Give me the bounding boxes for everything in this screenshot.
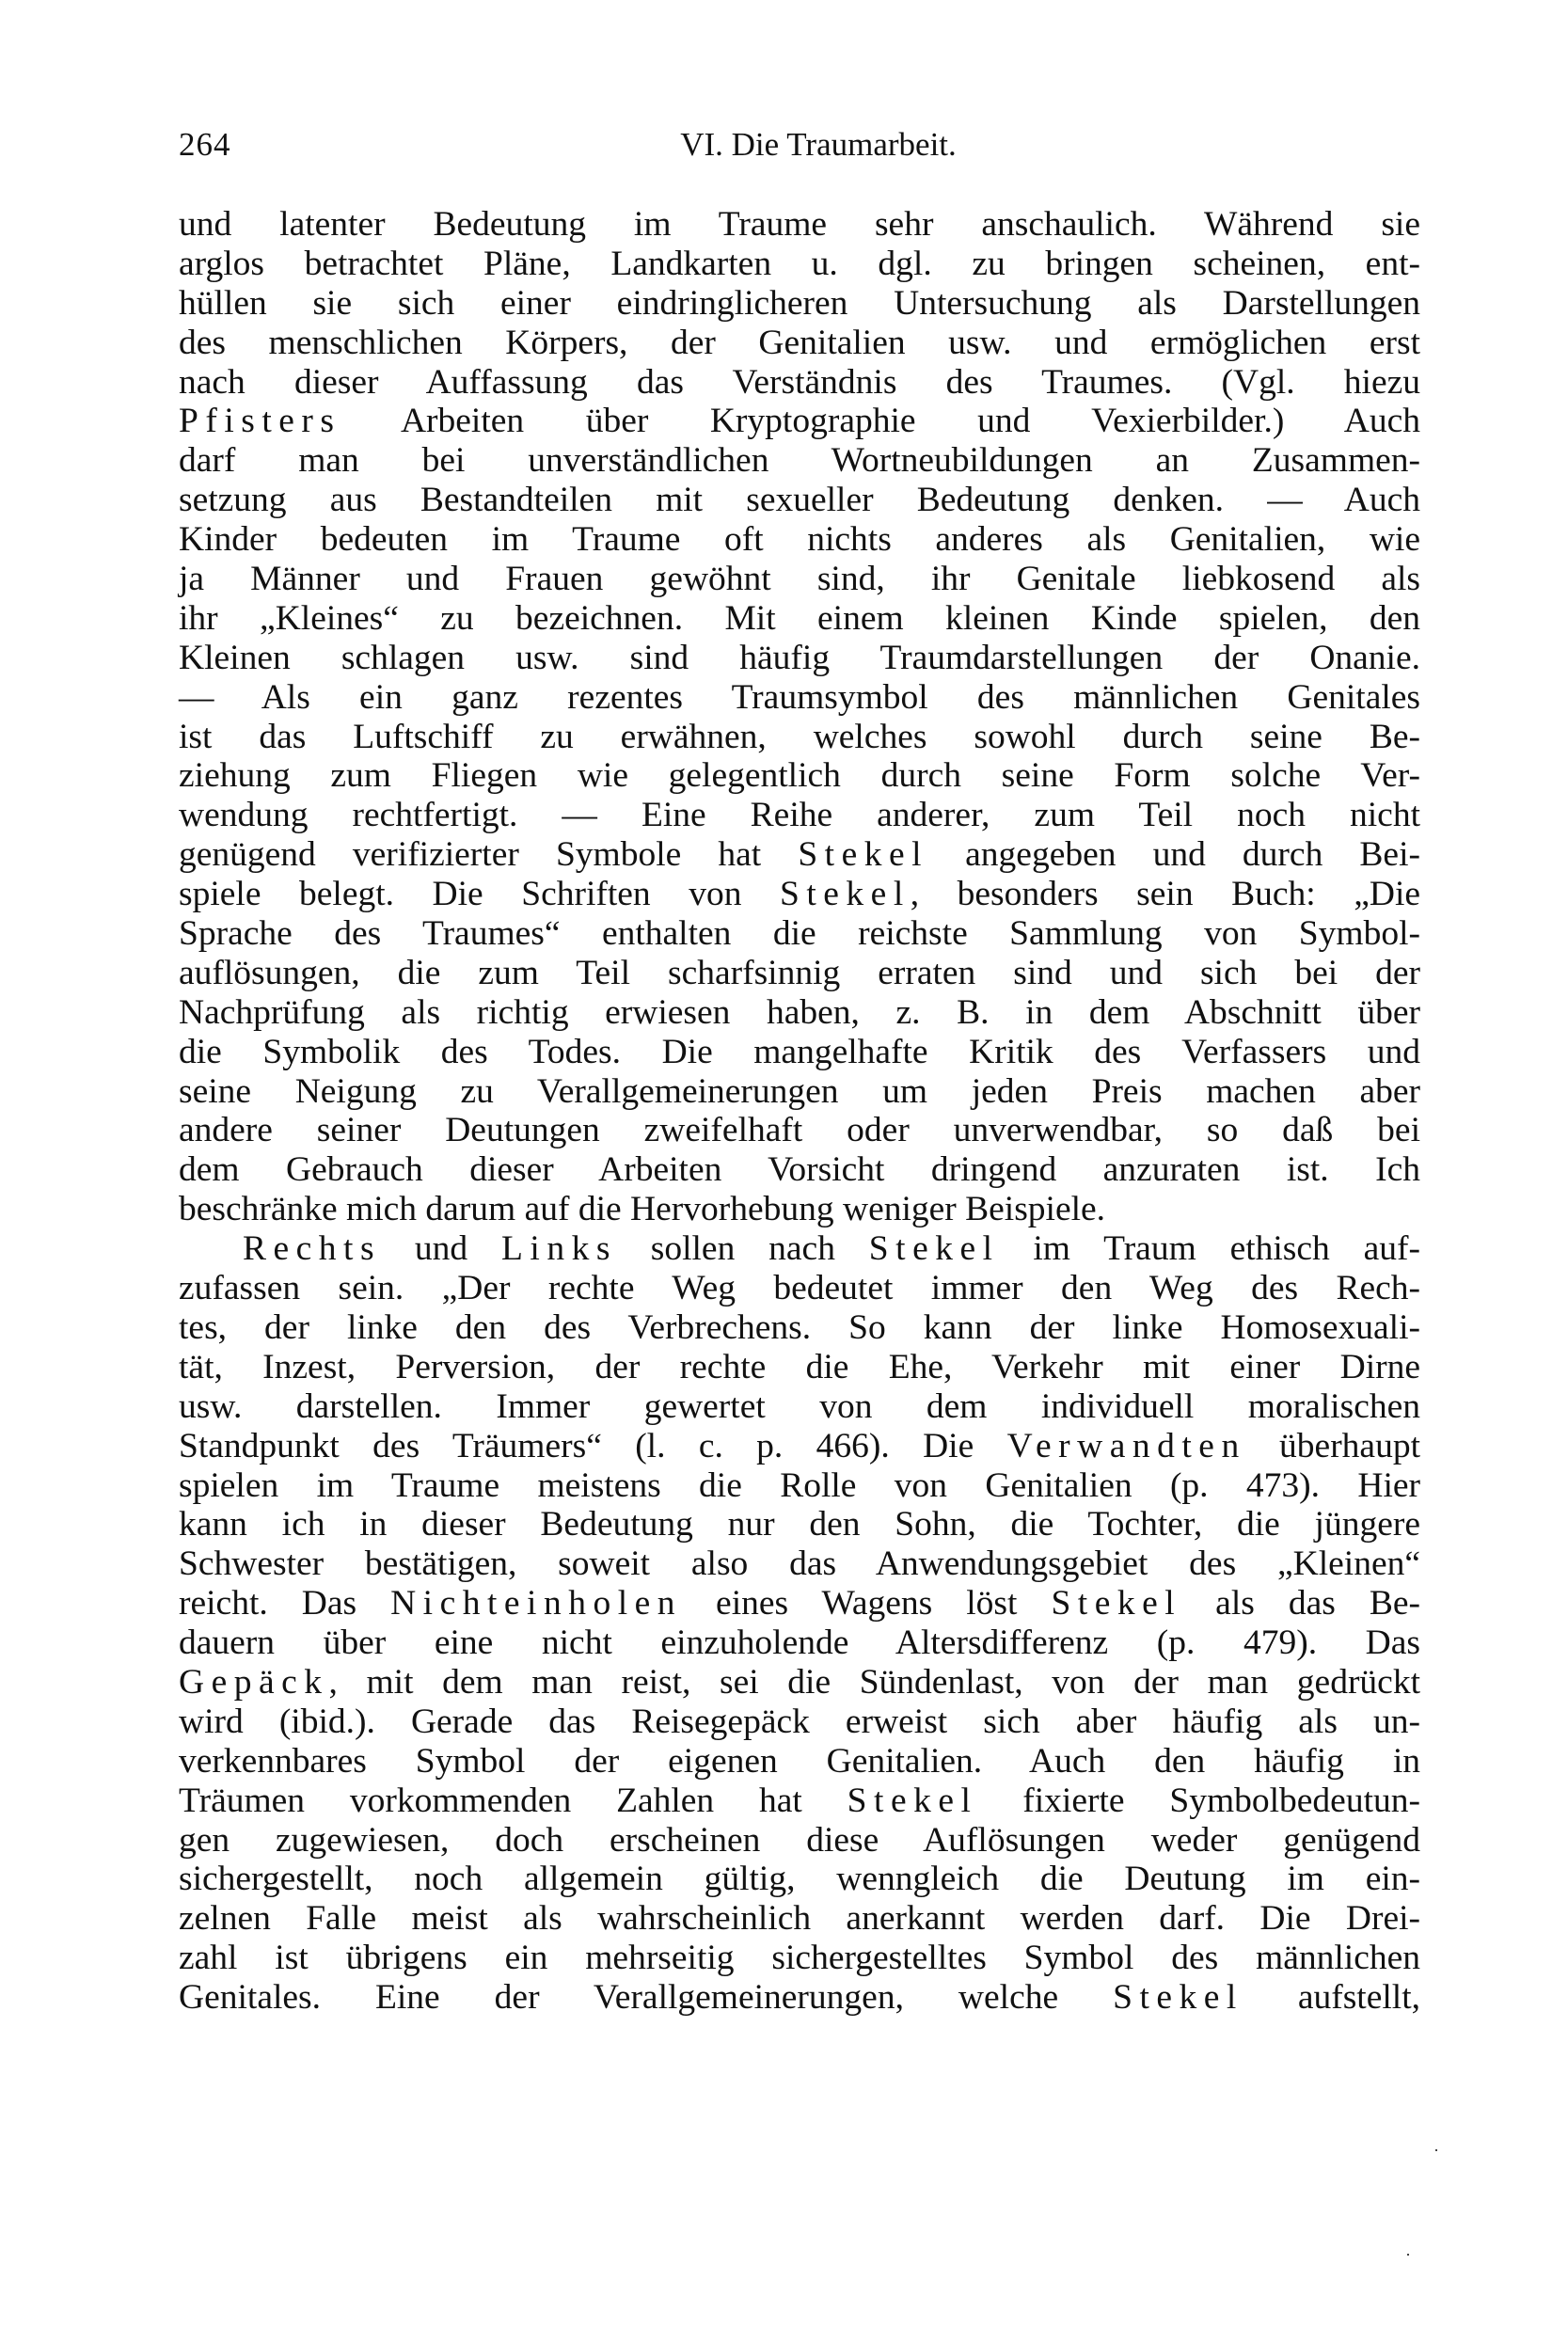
text-line: Träumen vorkommenden Zahlen hat Stekel f… [179, 1782, 1420, 1821]
paragraph: Rechts und Links sollen nach Stekel im T… [179, 1229, 1420, 2018]
text-segment: Schwester bestätigen, soweit also das An… [179, 1544, 1420, 1583]
text-line: andere seiner Deutungen zweifelhaft oder… [179, 1111, 1420, 1150]
text-line: dem Gebrauch dieser Arbeiten Vorsicht dr… [179, 1150, 1420, 1190]
text-segment: fixierte Symbolbedeutun- [977, 1782, 1420, 1820]
text-segment: nach dieser Auffassung das Verständnis d… [179, 363, 1420, 402]
text-segment: ziehung zum Fliegen wie gelegentlich dur… [179, 756, 1420, 795]
text-segment: dauern über eine nicht einzuholende Alte… [179, 1623, 1420, 1662]
text-line: Gepäck, mit dem man reist, sei die Sünde… [179, 1663, 1420, 1702]
text-segment: sollen nach [617, 1229, 869, 1268]
emphasized-name: Verwandten [1007, 1427, 1246, 1465]
text-line: nach dieser Auffassung das Verständnis d… [179, 363, 1420, 403]
text-segment: — Als ein ganz rezentes Traumsymbol des … [179, 678, 1420, 717]
body-text: und latenter Bedeutung im Traume sehr an… [179, 205, 1420, 2018]
text-segment: und [381, 1229, 501, 1268]
text-segment: als das Be- [1181, 1584, 1420, 1623]
text-line: Standpunkt des Träumers“ (l. c. p. 466).… [179, 1427, 1420, 1466]
text-segment: gen zugewiesen, doch erscheinen diese Au… [179, 1821, 1420, 1860]
paragraph: und latenter Bedeutung im Traume sehr an… [179, 205, 1420, 1229]
book-page: 264 VI. Die Traumarbeit. und latenter Be… [0, 0, 1568, 2328]
text-line: Pfisters Arbeiten über Kryptographie und… [179, 402, 1420, 441]
text-line: reicht. Das Nichteinholen eines Wagens l… [179, 1584, 1420, 1623]
text-line: hüllen sie sich einer eindringlicheren U… [179, 284, 1420, 324]
text-segment: tes, der linke den des Verbrechens. So k… [179, 1308, 1420, 1347]
text-segment: ja Männer und Frauen gewöhnt sind, ihr G… [179, 560, 1420, 598]
text-line: sichergestellt, noch allgemein gültig, w… [179, 1860, 1420, 1899]
text-segment: auflösungen, die zum Teil scharfsinnig e… [179, 954, 1420, 992]
text-line: wird (ibid.). Gerade das Reisegepäck erw… [179, 1702, 1420, 1742]
text-line: arglos betrachtet Pläne, Landkarten u. d… [179, 245, 1420, 284]
text-line: Rechts und Links sollen nach Stekel im T… [179, 1229, 1420, 1269]
text-segment: setzung aus Bestandteilen mit sexueller … [179, 481, 1420, 519]
emphasized-name: Stekel [847, 1782, 978, 1820]
text-segment: dem Gebrauch dieser Arbeiten Vorsicht dr… [179, 1150, 1420, 1189]
text-segment: zahl ist übrigens ein mehrseitig sicherg… [179, 1939, 1420, 1977]
text-line: zelnen Falle meist als wahrscheinlich an… [179, 1899, 1420, 1939]
text-line: Schwester bestätigen, soweit also das An… [179, 1544, 1420, 1584]
text-line: genügend verifizierter Symbole hat Steke… [179, 835, 1420, 875]
emphasized-name: Nichteinholen [390, 1584, 682, 1623]
text-line: Sprache des Traumes“ enthalten die reich… [179, 914, 1420, 954]
emphasized-name: Stekel [798, 835, 928, 874]
emphasized-name: Pfisters [179, 402, 341, 440]
text-segment: Träumen vorkommenden Zahlen hat [179, 1782, 847, 1820]
text-line: Genitales. Eine der Verallgemeinerungen,… [179, 1978, 1420, 2018]
text-segment: andere seiner Deutungen zweifelhaft oder… [179, 1111, 1420, 1149]
text-segment: Arbeiten über Kryptographie und Vexierbi… [341, 402, 1421, 440]
text-segment: im Traum ethisch auf- [1000, 1229, 1420, 1268]
text-segment: des menschlichen Körpers, der Genitalien… [179, 324, 1420, 362]
chapter-title: VI. Die Traumarbeit. [179, 124, 1420, 166]
text-segment: überhaupt [1246, 1427, 1420, 1465]
text-line: auflösungen, die zum Teil scharfsinnig e… [179, 954, 1420, 993]
text-segment: reicht. Das [179, 1584, 390, 1623]
text-segment: Kleinen schlagen usw. sind häufig Traumd… [179, 639, 1420, 677]
emphasized-name: Gepäck [179, 1663, 329, 1702]
text-segment: wird (ibid.). Gerade das Reisegepäck erw… [179, 1702, 1420, 1741]
text-line: wendung rechtfertigt. — Eine Reihe ander… [179, 796, 1420, 835]
text-segment: tät, Inzest, Perversion, der rechte die … [179, 1348, 1420, 1386]
text-segment: genügend verifizierter Symbole hat [179, 835, 798, 874]
text-segment: wendung rechtfertigt. — Eine Reihe ander… [179, 796, 1420, 834]
text-line: des menschlichen Körpers, der Genitalien… [179, 324, 1420, 363]
text-line: dauern über eine nicht einzuholende Alte… [179, 1623, 1420, 1663]
text-line: darf man bei unverständlichen Wortneubil… [179, 441, 1420, 481]
text-line: tät, Inzest, Perversion, der rechte die … [179, 1348, 1420, 1387]
text-line: zufassen sein. „Der rechte Weg bedeutet … [179, 1269, 1420, 1308]
text-line: spiele belegt. Die Schriften von Stekel,… [179, 875, 1420, 914]
text-line: verkennbares Symbol der eigenen Genitali… [179, 1742, 1420, 1782]
text-segment: sichergestellt, noch allgemein gültig, w… [179, 1860, 1420, 1898]
emphasized-name: Links [501, 1229, 617, 1268]
text-line: ihr „Kleines“ zu bezeichnen. Mit einem k… [179, 599, 1420, 639]
text-segment: , mit dem man reist, sei die Sündenlast,… [329, 1663, 1420, 1702]
text-line: ja Männer und Frauen gewöhnt sind, ihr G… [179, 560, 1420, 599]
emphasized-name: Stekel [1113, 1978, 1243, 2017]
scan-speck [1407, 2254, 1409, 2256]
text-line: spielen im Traume meistens die Rolle von… [179, 1466, 1420, 1506]
text-segment: verkennbares Symbol der eigenen Genitali… [179, 1742, 1420, 1781]
text-segment: ihr „Kleines“ zu bezeichnen. Mit einem k… [179, 599, 1420, 638]
text-segment: zufassen sein. „Der rechte Weg bedeutet … [179, 1269, 1420, 1307]
text-line: und latenter Bedeutung im Traume sehr an… [179, 205, 1420, 245]
text-segment: und latenter Bedeutung im Traume sehr an… [179, 205, 1420, 244]
text-line: tes, der linke den des Verbrechens. So k… [179, 1308, 1420, 1348]
text-line: Nachprüfung als richtig erwiesen haben, … [179, 993, 1420, 1033]
text-line: Kinder bedeuten im Traume oft nichts and… [179, 520, 1420, 560]
text-segment: ist das Luftschiff zu erwähnen, welches … [179, 718, 1420, 756]
text-segment: darf man bei unverständlichen Wortneubil… [179, 441, 1420, 480]
text-segment: Nachprüfung als richtig erwiesen haben, … [179, 993, 1420, 1032]
text-segment: seine Neigung zu Verallgemeinerungen um … [179, 1072, 1420, 1111]
text-line: beschränke mich darum auf die Hervorhebu… [179, 1190, 1420, 1229]
text-segment: Sprache des Traumes“ enthalten die reich… [179, 914, 1420, 953]
text-segment: arglos betrachtet Pläne, Landkarten u. d… [179, 245, 1420, 283]
text-segment: Kinder bedeuten im Traume oft nichts and… [179, 520, 1420, 559]
text-segment: beschränke mich darum auf die Hervorhebu… [179, 1190, 1105, 1228]
text-segment: aufstellt, [1243, 1978, 1420, 2017]
text-line: Kleinen schlagen usw. sind häufig Traumd… [179, 639, 1420, 678]
emphasized-name: Rechts [243, 1229, 381, 1268]
text-segment: usw. darstellen. Immer gewertet von dem … [179, 1387, 1420, 1426]
text-segment: spiele belegt. Die Schriften von [179, 875, 780, 913]
text-line: seine Neigung zu Verallgemeinerungen um … [179, 1072, 1420, 1112]
text-segment: hüllen sie sich einer eindringlicheren U… [179, 284, 1420, 323]
text-line: setzung aus Bestandteilen mit sexueller … [179, 481, 1420, 520]
text-line: ist das Luftschiff zu erwähnen, welches … [179, 718, 1420, 757]
text-segment: zelnen Falle meist als wahrscheinlich an… [179, 1899, 1420, 1938]
text-line: zahl ist übrigens ein mehrseitig sicherg… [179, 1939, 1420, 1978]
scan-speck [1435, 2149, 1437, 2151]
text-line: die Symbolik des Todes. Die mangelhafte … [179, 1033, 1420, 1072]
text-segment: die Symbolik des Todes. Die mangelhafte … [179, 1033, 1420, 1071]
text-line: gen zugewiesen, doch erscheinen diese Au… [179, 1821, 1420, 1861]
text-segment: kann ich in dieser Bedeutung nur den Soh… [179, 1505, 1420, 1544]
text-line: — Als ein ganz rezentes Traumsymbol des … [179, 678, 1420, 718]
text-line: usw. darstellen. Immer gewertet von dem … [179, 1387, 1420, 1427]
text-segment: eines Wagens löst [682, 1584, 1051, 1623]
text-segment: angegeben und durch Bei- [928, 835, 1420, 874]
emphasized-name: Stekel [869, 1229, 1000, 1268]
emphasized-name: Stekel [780, 875, 911, 913]
text-segment: Standpunkt des Träumers“ (l. c. p. 466).… [179, 1427, 1007, 1465]
text-line: ziehung zum Fliegen wie gelegentlich dur… [179, 756, 1420, 796]
text-segment: , besonders sein Buch: „Die [911, 875, 1420, 913]
text-segment: Genitales. Eine der Verallgemeinerungen,… [179, 1978, 1113, 2017]
emphasized-name: Stekel [1051, 1584, 1181, 1623]
text-line: kann ich in dieser Bedeutung nur den Soh… [179, 1505, 1420, 1544]
running-header: 264 VI. Die Traumarbeit. [179, 124, 1420, 166]
text-segment: spielen im Traume meistens die Rolle von… [179, 1466, 1420, 1505]
